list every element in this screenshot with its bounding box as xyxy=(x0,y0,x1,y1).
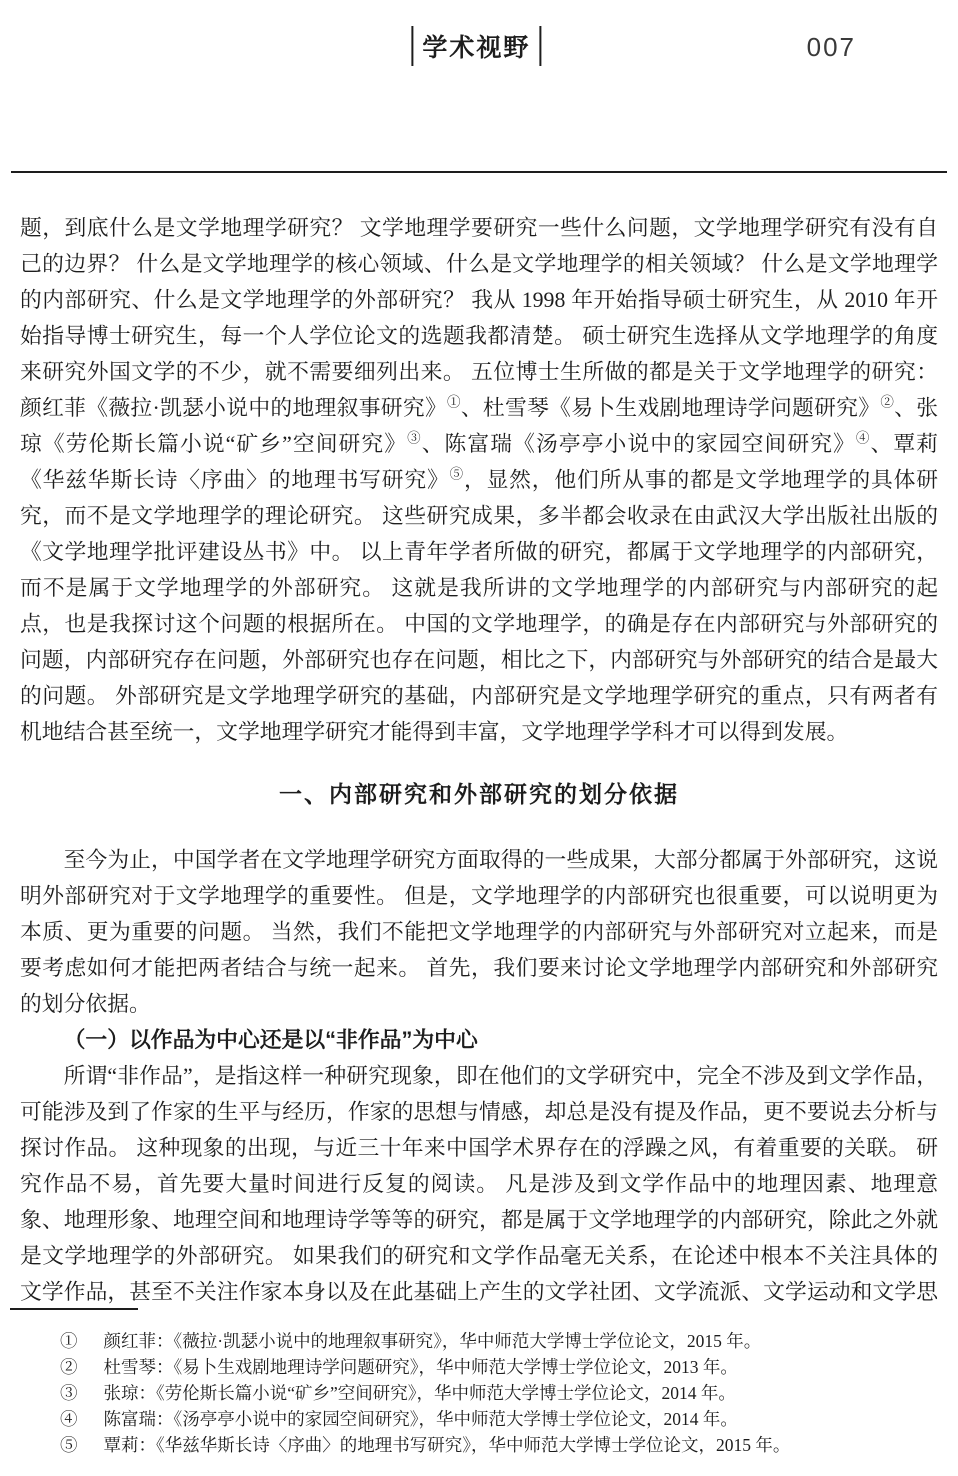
footnote-text: 张琼：《劳伦斯长篇小说“矿乡”空间研究》，华中师范大学博士学位论文，2014 年… xyxy=(104,1380,939,1406)
footnote-ref: ① xyxy=(447,395,461,410)
footnote-text: 覃莉：《华兹华斯长诗〈序曲〉的地理书写研究》，华中师范大学博士学位论文，2015… xyxy=(104,1432,939,1458)
footnote-marker: ③ xyxy=(60,1380,78,1406)
footnote-ref: ⑤ xyxy=(450,467,464,482)
article-body: 题，到底什么是文学地理学研究？ 文学地理学要研究一些什么问题，文学地理学研究有没… xyxy=(20,210,938,1382)
column-title-text: 学术视野 xyxy=(422,28,530,64)
footnote-item: ②杜雪琴：《易卜生戏剧地理诗学问题研究》，华中师范大学博士学位论文，2013 年… xyxy=(20,1354,938,1380)
footnote-item: ④陈富瑞：《汤亭亭小说中的家园空间研究》，华中师范大学博士学位论文，2014 年… xyxy=(20,1406,938,1432)
footnote-marker: ④ xyxy=(60,1406,78,1432)
running-head: 学术视野 007 xyxy=(0,0,958,80)
footnote-text: 杜雪琴：《易卜生戏剧地理诗学问题研究》，华中师范大学博士学位论文，2013 年。 xyxy=(104,1354,939,1380)
footnote-list: ①颜红菲：《薇拉·凯瑟小说中的地理叙事研究》，华中师范大学博士学位论文，2015… xyxy=(20,1328,938,1458)
footnote-item: ③张琼：《劳伦斯长篇小说“矿乡”空间研究》，华中师范大学博士学位论文，2014 … xyxy=(20,1380,938,1406)
footnote-marker: ② xyxy=(60,1354,78,1380)
journal-page: 学术视野 007 题，到底什么是文学地理学研究？ 文学地理学要研究一些什么问题，… xyxy=(0,0,958,1476)
footnote-ref: ④ xyxy=(856,431,871,446)
footnote-separator-rule xyxy=(10,1308,138,1310)
footnote-marker: ① xyxy=(60,1328,78,1354)
footnote-text: 颜红菲：《薇拉·凯瑟小说中的地理叙事研究》，华中师范大学博士学位论文，2015 … xyxy=(104,1328,939,1354)
footnote-ref: ③ xyxy=(407,431,422,446)
column-title: 学术视野 xyxy=(411,26,541,66)
body-paragraph: 至今为止，中国学者在文学地理学研究方面取得的一些成果，大部分都属于外部研究，这说… xyxy=(20,842,938,1022)
footnote-item: ①颜红菲：《薇拉·凯瑟小说中的地理叙事研究》，华中师范大学博士学位论文，2015… xyxy=(20,1328,938,1354)
page-number: 007 xyxy=(807,32,856,63)
body-paragraph: 题，到底什么是文学地理学研究？ 文学地理学要研究一些什么问题，文学地理学研究有没… xyxy=(20,210,938,750)
title-rule-right xyxy=(539,26,541,66)
footnote-text: 陈富瑞：《汤亭亭小说中的家园空间研究》，华中师范大学博士学位论文，2014 年。 xyxy=(104,1406,939,1432)
footnote-item: ⑤覃莉：《华兹华斯长诗〈序曲〉的地理书写研究》，华中师范大学博士学位论文，201… xyxy=(20,1432,938,1458)
header-divider-rule xyxy=(11,171,947,173)
footnote-marker: ⑤ xyxy=(60,1432,78,1458)
subsection-heading: （一）以作品为中心还是以“非作品”为中心 xyxy=(20,1022,938,1058)
footnote-ref: ② xyxy=(880,395,894,410)
section-heading: 一、内部研究和外部研究的划分依据 xyxy=(20,776,938,812)
footnotes-block: ①颜红菲：《薇拉·凯瑟小说中的地理叙事研究》，华中师范大学博士学位论文，2015… xyxy=(20,1308,938,1458)
title-rule-left xyxy=(411,26,413,66)
